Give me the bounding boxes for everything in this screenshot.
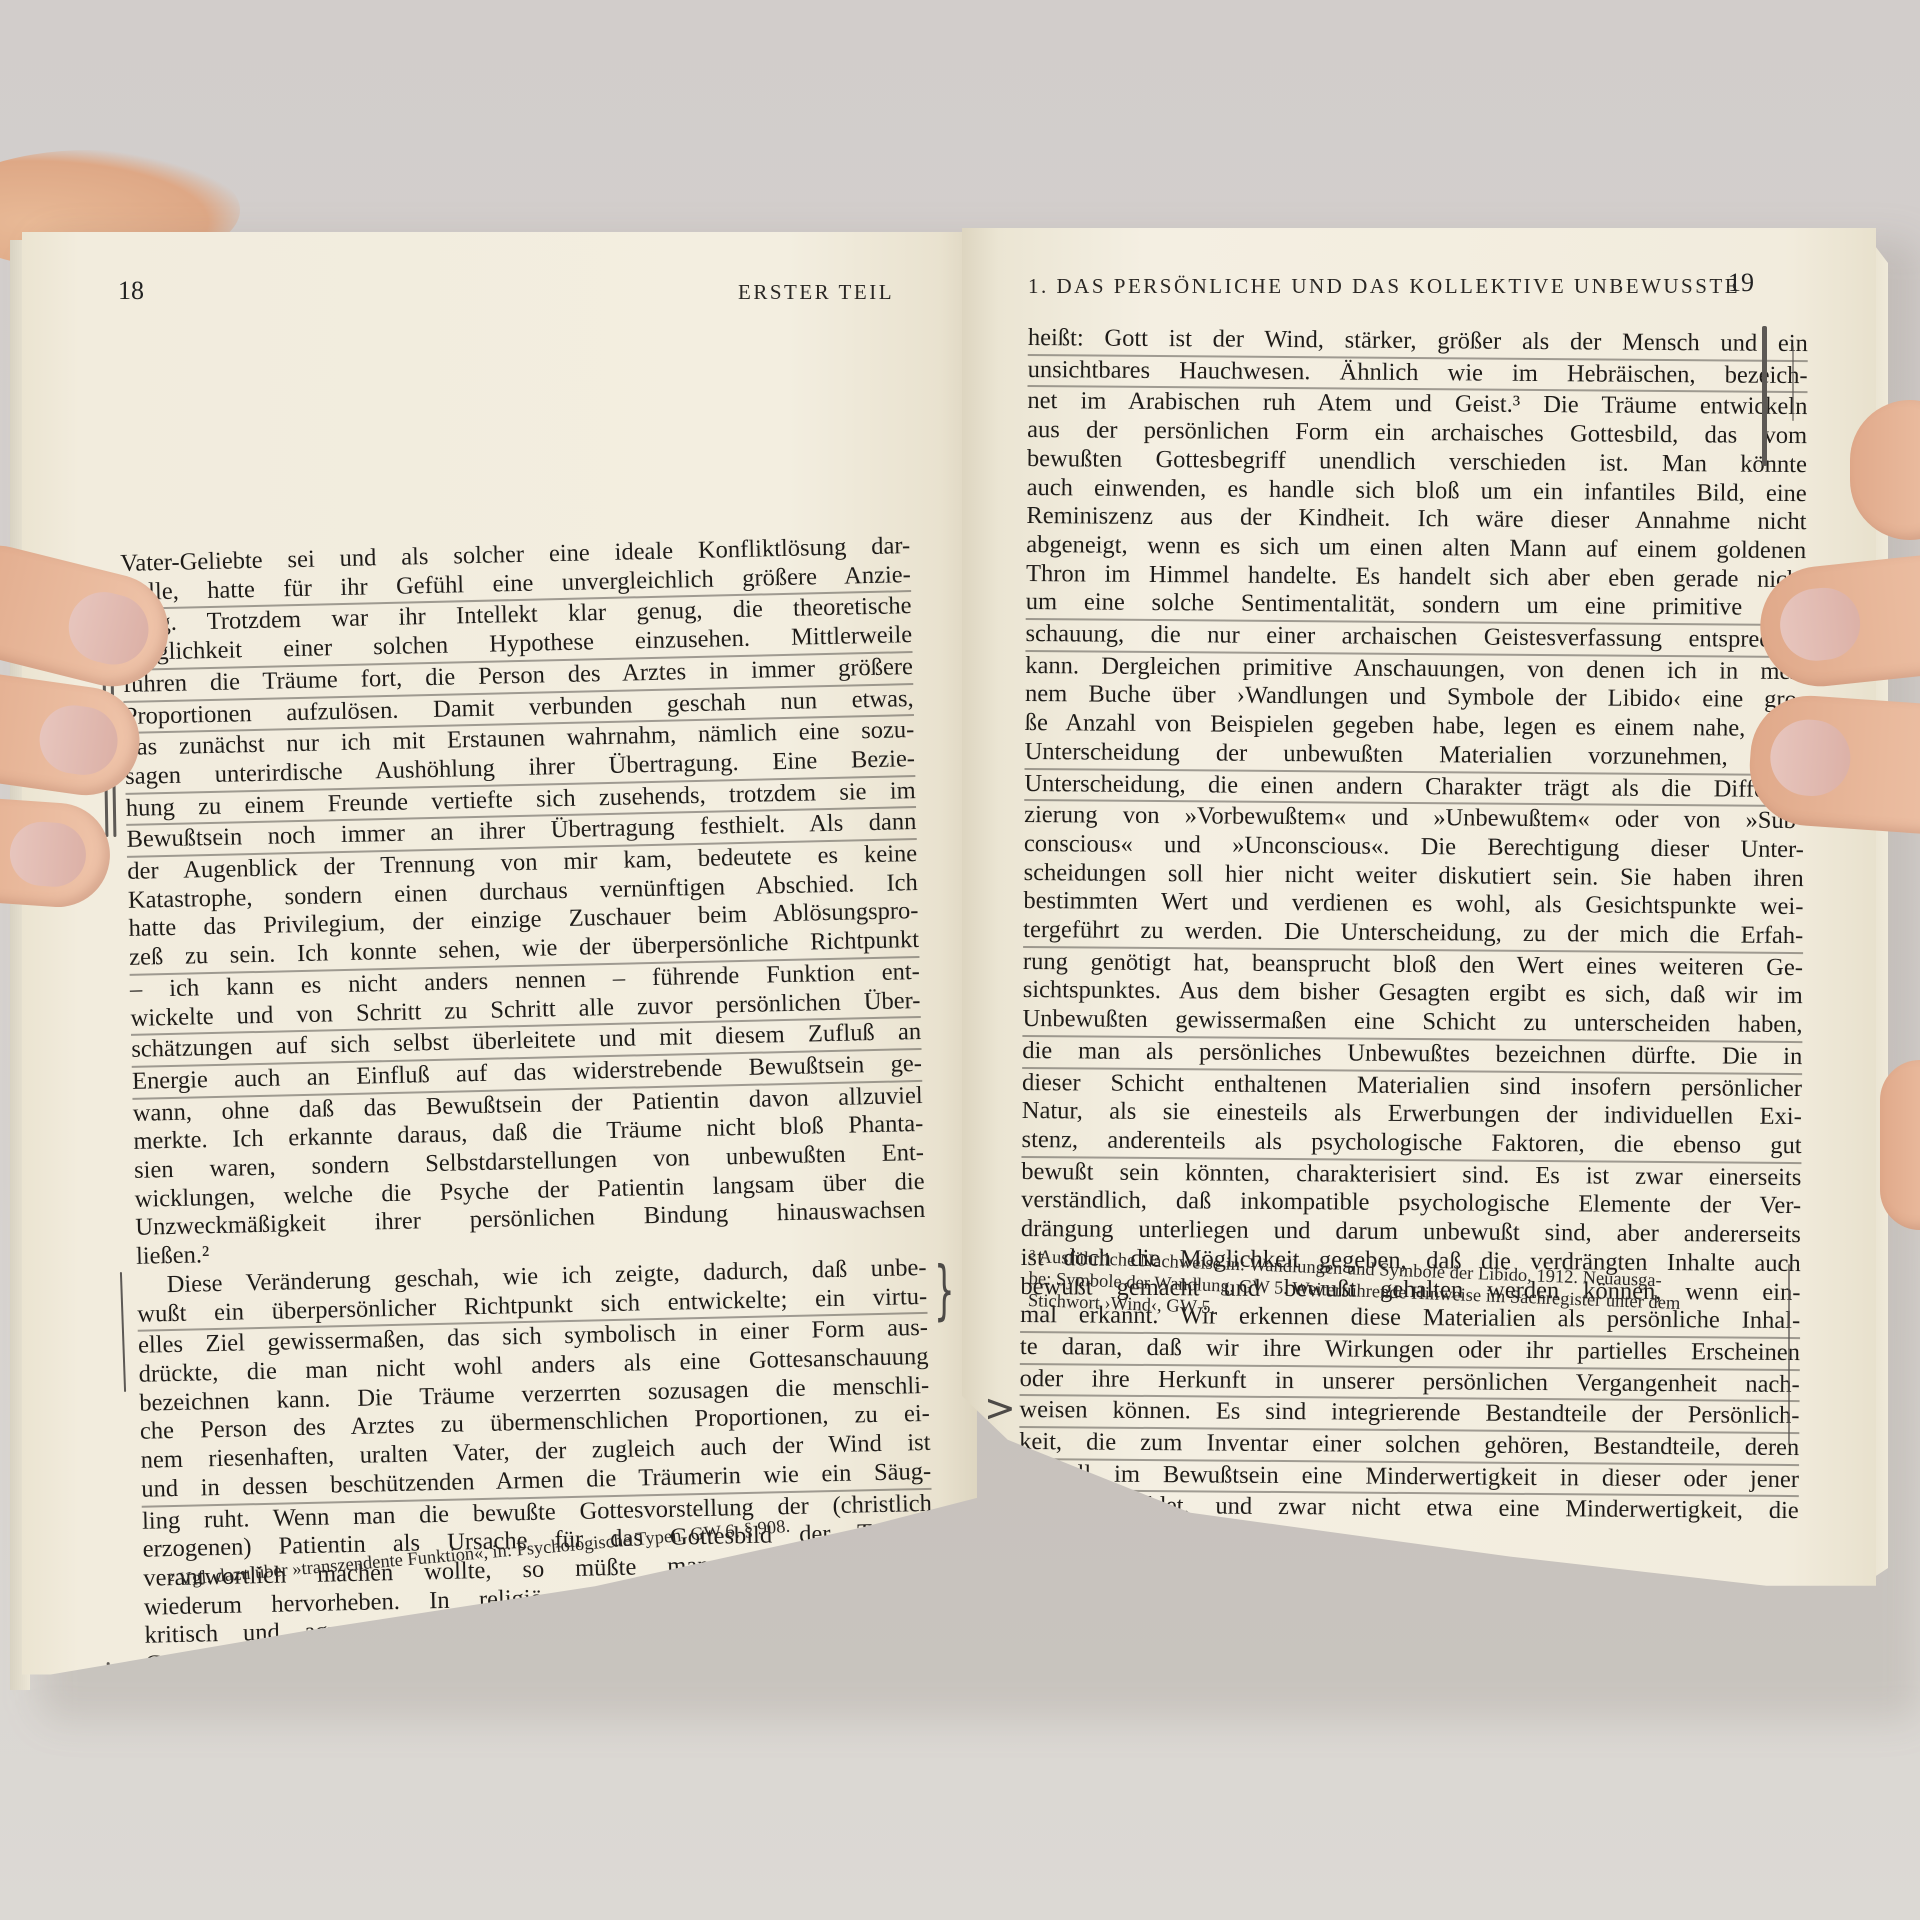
page-number-left: 18: [118, 276, 144, 306]
pencil-margin-stroke: [1792, 346, 1794, 421]
right-page: 1. DAS PERSÖNLICHE UND DAS KOLLEKTIVE UN…: [962, 228, 1876, 1688]
pencil-margin-line: [120, 1272, 126, 1392]
pencil-margin-line: [1788, 1264, 1790, 1444]
pencil-margin-bar: [1762, 326, 1767, 466]
running-head-left: ERSTER TEIL: [738, 280, 894, 305]
right-finger: [1880, 1060, 1920, 1230]
left-page: 18 ERSTER TEIL Vater-Geliebte sei und al…: [22, 232, 977, 1704]
right-page-body: heißt: Gott ist der Wind, stärker, größe…: [1019, 324, 1808, 1526]
curly-brace-icon: }: [934, 1254, 954, 1328]
page-number-right: 19: [1728, 268, 1754, 298]
running-head-right: 1. DAS PERSÖNLICHE UND DAS KOLLEKTIVE UN…: [1028, 274, 1740, 299]
